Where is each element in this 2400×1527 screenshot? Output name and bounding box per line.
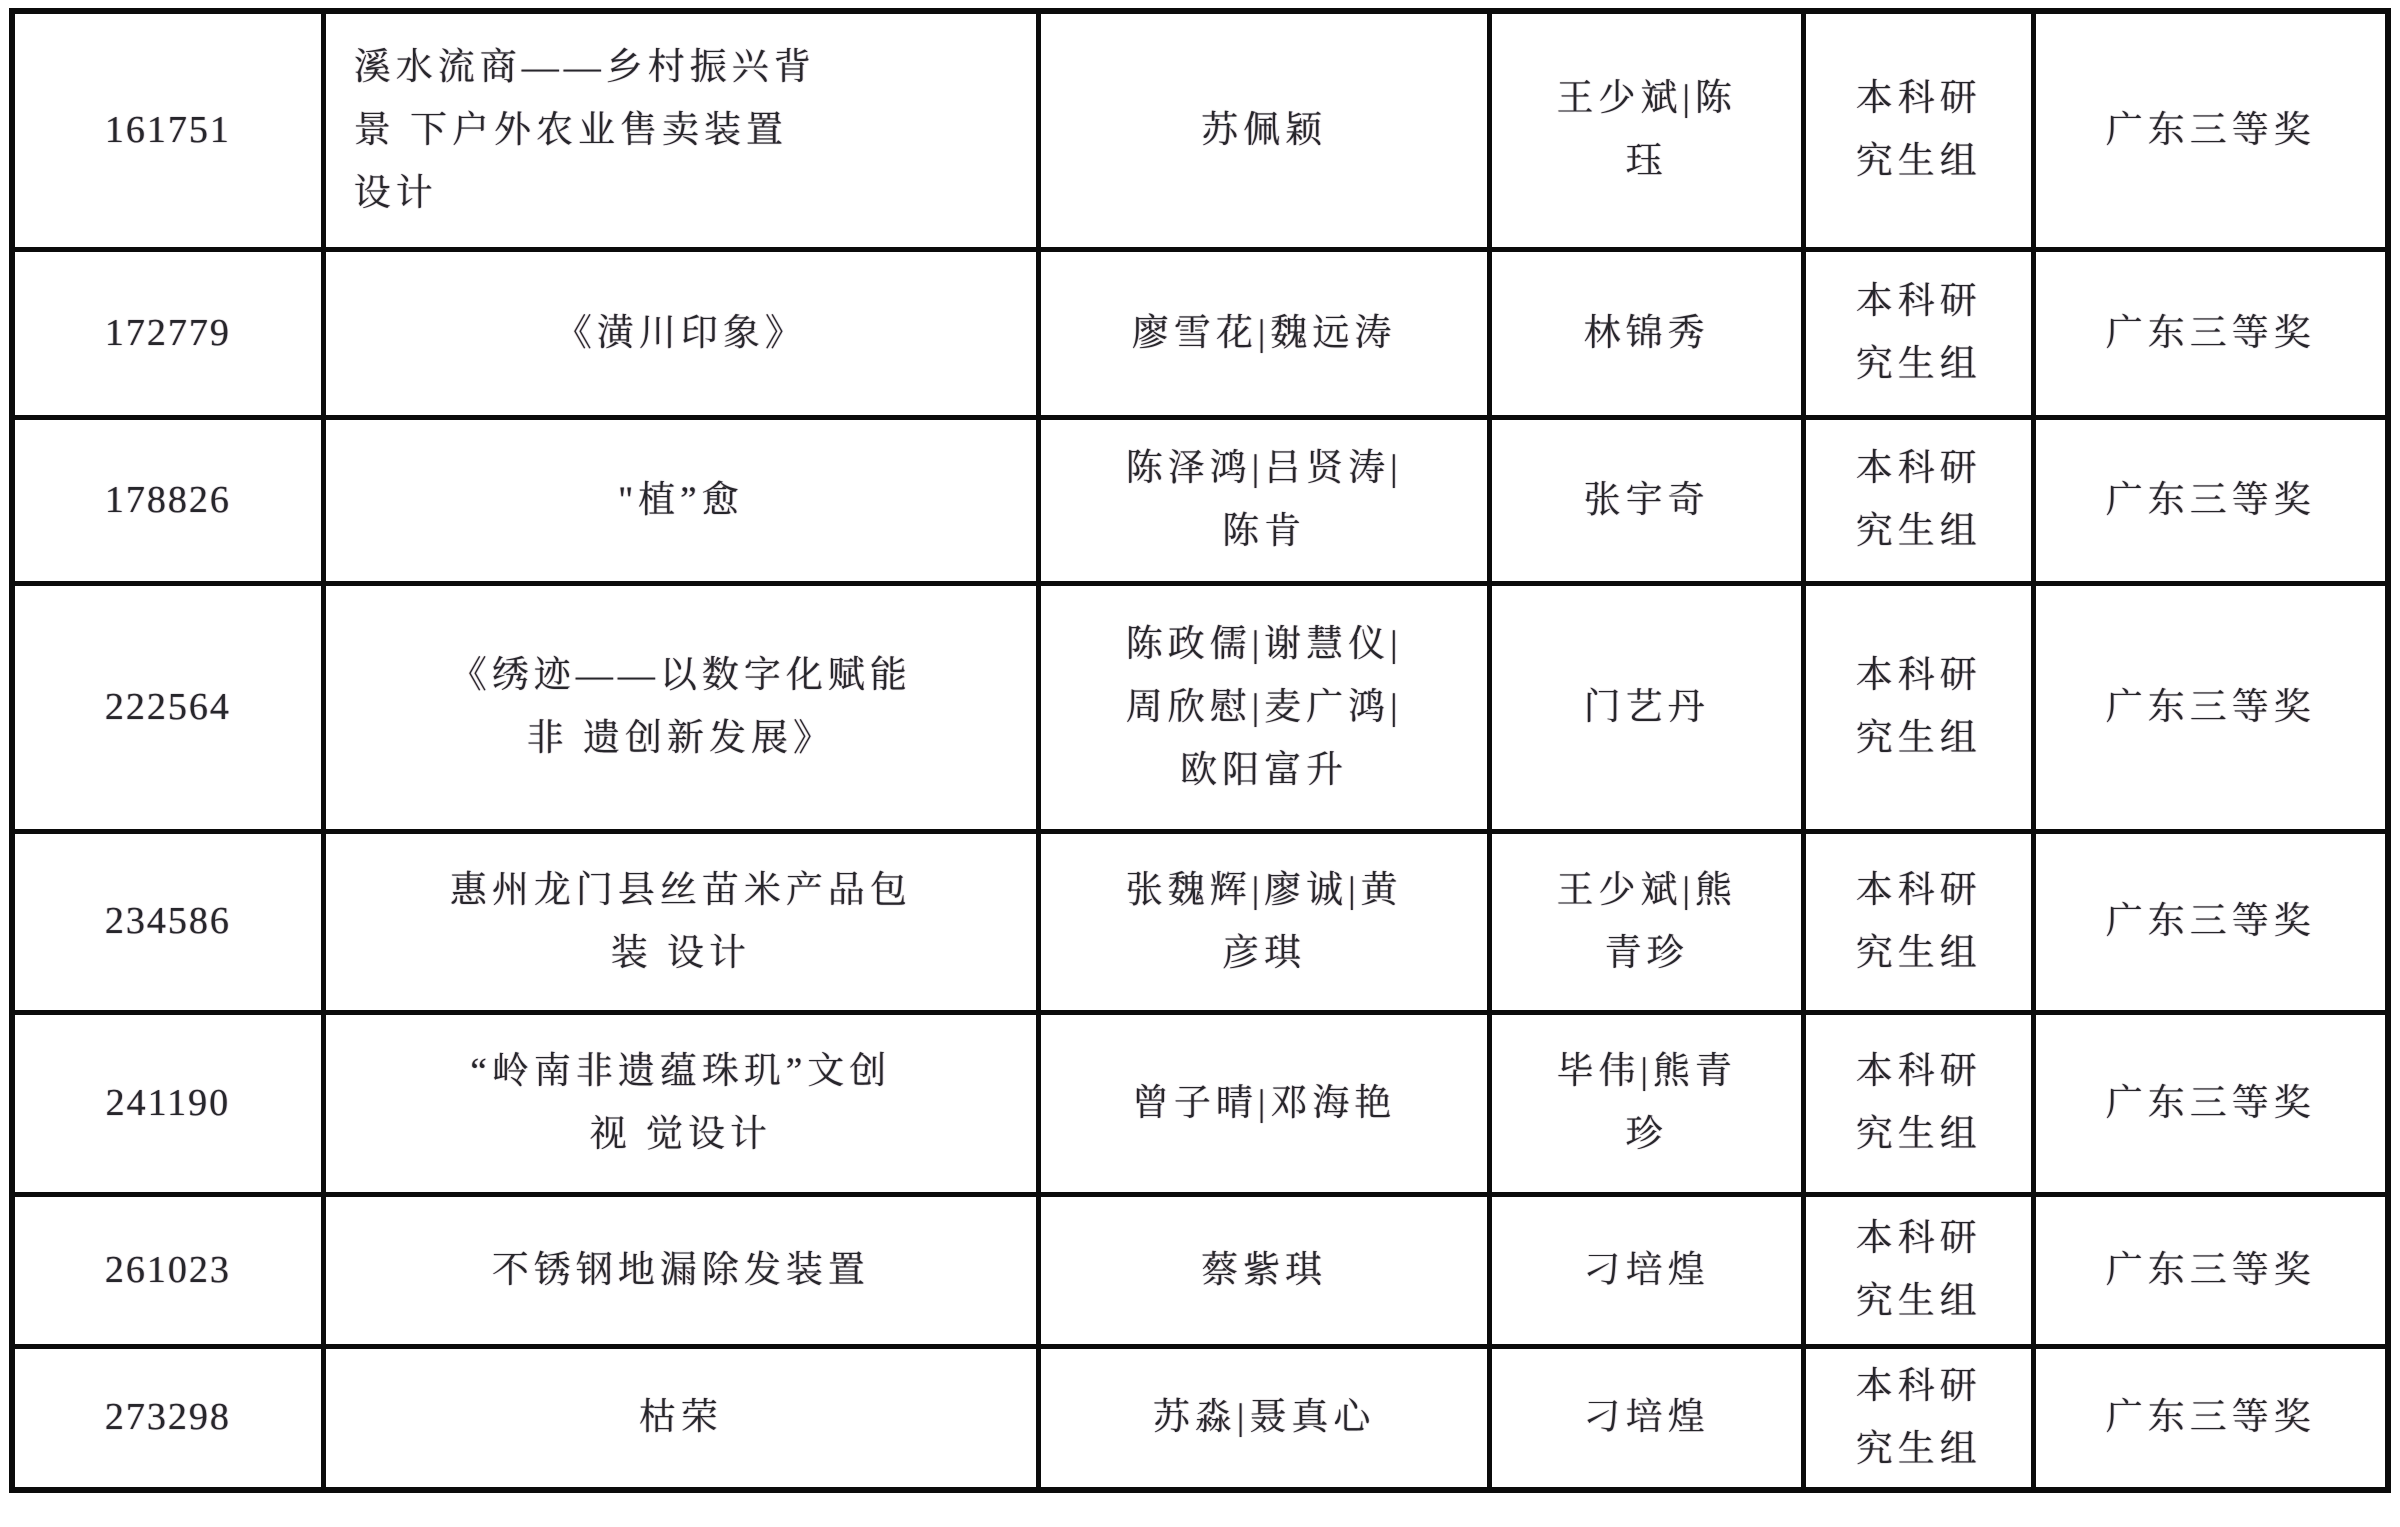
cell-line: 《潢川印象》: [336, 302, 1026, 365]
cell-authors: 张魏辉|廖诚|黄彦琪: [1038, 831, 1489, 1012]
cell-line: 门艺丹: [1502, 676, 1791, 739]
table-row: 234586惠州龙门县丝苗米产品包装 设计张魏辉|廖诚|黄彦琪王少斌|熊青珍本科…: [12, 831, 2388, 1012]
cell-line: 设计: [354, 162, 1026, 225]
cell-title: "植”愈: [323, 417, 1038, 583]
cell-line: 261023: [25, 1239, 311, 1302]
cell-line: 究生组: [1816, 707, 2021, 770]
cell-line: 廖雪花|魏远涛: [1051, 302, 1477, 365]
cell-award: 广东三等奖: [2034, 583, 2388, 831]
cell-id: 261023: [12, 1194, 323, 1346]
cell-line: 蔡紫琪: [1051, 1239, 1477, 1302]
cell-award: 广东三等奖: [2034, 417, 2388, 583]
cell-id: 178826: [12, 417, 323, 583]
cell-award: 广东三等奖: [2034, 831, 2388, 1012]
cell-title: 溪水流商——乡村振兴背景 下户外农业售卖装置设计: [323, 11, 1038, 249]
cell-line: 广东三等奖: [2046, 99, 2375, 162]
cell-line: 惠州龙门县丝苗米产品包: [336, 859, 1026, 922]
cell-advisors: 张宇奇: [1490, 417, 1804, 583]
cell-line: 苏佩颖: [1051, 99, 1477, 162]
cell-line: 广东三等奖: [2046, 676, 2375, 739]
cell-line: 本科研: [1816, 437, 2021, 500]
document-page: 161751溪水流商——乡村振兴背景 下户外农业售卖装置设计苏佩颖王少斌|陈珏本…: [0, 0, 2400, 1527]
cell-line: 珍: [1502, 1103, 1791, 1166]
cell-authors: 陈泽鸿|吕贤涛|陈肯: [1038, 417, 1489, 583]
cell-title: 枯荣: [323, 1346, 1038, 1490]
cell-title: 不锈钢地漏除发装置: [323, 1194, 1038, 1346]
cell-id: 234586: [12, 831, 323, 1012]
cell-line: 刁培煌: [1502, 1239, 1791, 1302]
cell-line: 景 下户外农业售卖装置: [354, 99, 1026, 162]
cell-line: 曾子晴|邓海艳: [1051, 1072, 1477, 1135]
cell-line: 172779: [25, 302, 311, 365]
table-row: 161751溪水流商——乡村振兴背景 下户外农业售卖装置设计苏佩颖王少斌|陈珏本…: [12, 11, 2388, 249]
cell-line: 周欣慰|麦广鸿|: [1051, 676, 1477, 739]
cell-group: 本科研究生组: [1803, 583, 2033, 831]
cell-line: 本科研: [1816, 1355, 2021, 1418]
cell-line: 究生组: [1816, 1270, 2021, 1333]
cell-line: 本科研: [1816, 67, 2021, 130]
cell-line: 枯荣: [336, 1386, 1026, 1449]
cell-group: 本科研究生组: [1803, 831, 2033, 1012]
cell-authors: 陈政儒|谢慧仪|周欣慰|麦广鸿|欧阳富升: [1038, 583, 1489, 831]
cell-line: 本科研: [1816, 859, 2021, 922]
cell-authors: 廖雪花|魏远涛: [1038, 249, 1489, 417]
cell-line: 陈政儒|谢慧仪|: [1051, 613, 1477, 676]
cell-title: 惠州龙门县丝苗米产品包装 设计: [323, 831, 1038, 1012]
cell-group: 本科研究生组: [1803, 1346, 2033, 1490]
cell-group: 本科研究生组: [1803, 1012, 2033, 1194]
cell-line: 陈泽鸿|吕贤涛|: [1051, 437, 1477, 500]
cell-line: 161751: [25, 99, 311, 162]
cell-line: 彦琪: [1051, 922, 1477, 985]
cell-advisors: 王少斌|陈珏: [1490, 11, 1804, 249]
cell-line: 究生组: [1816, 130, 2021, 193]
cell-id: 273298: [12, 1346, 323, 1490]
cell-line: 241190: [25, 1072, 311, 1135]
cell-award: 广东三等奖: [2034, 249, 2388, 417]
cell-advisors: 林锦秀: [1490, 249, 1804, 417]
cell-advisors: 刁培煌: [1490, 1346, 1804, 1490]
cell-line: 广东三等奖: [2046, 1386, 2375, 1449]
cell-line: 欧阳富升: [1051, 739, 1477, 802]
table-row: 172779《潢川印象》廖雪花|魏远涛林锦秀本科研究生组广东三等奖: [12, 249, 2388, 417]
cell-line: 本科研: [1816, 1207, 2021, 1270]
cell-advisors: 王少斌|熊青珍: [1490, 831, 1804, 1012]
cell-line: 广东三等奖: [2046, 469, 2375, 532]
cell-line: 溪水流商——乡村振兴背: [354, 36, 1026, 99]
cell-line: 不锈钢地漏除发装置: [336, 1239, 1026, 1302]
cell-line: 陈肯: [1051, 500, 1477, 563]
cell-award: 广东三等奖: [2034, 11, 2388, 249]
cell-line: 广东三等奖: [2046, 890, 2375, 953]
cell-title: 《绣迹——以数字化赋能非 遗创新发展》: [323, 583, 1038, 831]
table-row: 178826"植”愈陈泽鸿|吕贤涛|陈肯张宇奇本科研究生组广东三等奖: [12, 417, 2388, 583]
cell-award: 广东三等奖: [2034, 1194, 2388, 1346]
cell-line: 究生组: [1816, 1103, 2021, 1166]
cell-line: 非 遗创新发展》: [336, 707, 1026, 770]
cell-id: 172779: [12, 249, 323, 417]
cell-line: 广东三等奖: [2046, 1072, 2375, 1135]
cell-id: 222564: [12, 583, 323, 831]
cell-line: 本科研: [1816, 270, 2021, 333]
cell-authors: 苏淼|聂真心: [1038, 1346, 1489, 1490]
cell-line: 178826: [25, 469, 311, 532]
cell-advisors: 毕伟|熊青珍: [1490, 1012, 1804, 1194]
cell-advisors: 门艺丹: [1490, 583, 1804, 831]
cell-line: 苏淼|聂真心: [1051, 1386, 1477, 1449]
cell-authors: 曾子晴|邓海艳: [1038, 1012, 1489, 1194]
cell-line: 王少斌|熊: [1502, 859, 1791, 922]
cell-line: 234586: [25, 890, 311, 953]
cell-group: 本科研究生组: [1803, 11, 2033, 249]
cell-line: 究生组: [1816, 500, 2021, 563]
cell-award: 广东三等奖: [2034, 1346, 2388, 1490]
cell-line: 本科研: [1816, 1040, 2021, 1103]
cell-id: 161751: [12, 11, 323, 249]
cell-title: “岭南非遗蕴珠玑”文创视 觉设计: [323, 1012, 1038, 1194]
cell-group: 本科研究生组: [1803, 1194, 2033, 1346]
cell-line: 究生组: [1816, 1418, 2021, 1481]
cell-line: 刁培煌: [1502, 1386, 1791, 1449]
cell-award: 广东三等奖: [2034, 1012, 2388, 1194]
cell-line: 林锦秀: [1502, 302, 1791, 365]
cell-line: 究生组: [1816, 333, 2021, 396]
cell-group: 本科研究生组: [1803, 249, 2033, 417]
cell-line: 222564: [25, 676, 311, 739]
cell-line: 《绣迹——以数字化赋能: [336, 644, 1026, 707]
cell-title: 《潢川印象》: [323, 249, 1038, 417]
cell-line: 青珍: [1502, 922, 1791, 985]
cell-line: 究生组: [1816, 922, 2021, 985]
cell-group: 本科研究生组: [1803, 417, 2033, 583]
cell-advisors: 刁培煌: [1490, 1194, 1804, 1346]
cell-line: 广东三等奖: [2046, 302, 2375, 365]
cell-line: 本科研: [1816, 644, 2021, 707]
cell-id: 241190: [12, 1012, 323, 1194]
cell-authors: 苏佩颖: [1038, 11, 1489, 249]
table-row: 222564《绣迹——以数字化赋能非 遗创新发展》陈政儒|谢慧仪|周欣慰|麦广鸿…: [12, 583, 2388, 831]
cell-line: 广东三等奖: [2046, 1239, 2375, 1302]
table-row: 241190“岭南非遗蕴珠玑”文创视 觉设计曾子晴|邓海艳毕伟|熊青珍本科研究生…: [12, 1012, 2388, 1194]
cell-line: 张魏辉|廖诚|黄: [1051, 859, 1477, 922]
cell-line: 珏: [1502, 130, 1791, 193]
cell-line: “岭南非遗蕴珠玑”文创: [336, 1040, 1026, 1103]
cell-line: 王少斌|陈: [1502, 67, 1791, 130]
cell-authors: 蔡紫琪: [1038, 1194, 1489, 1346]
awards-table: 161751溪水流商——乡村振兴背景 下户外农业售卖装置设计苏佩颖王少斌|陈珏本…: [9, 8, 2391, 1493]
cell-line: 毕伟|熊青: [1502, 1040, 1791, 1103]
cell-line: 装 设计: [336, 922, 1026, 985]
cell-line: 视 觉设计: [336, 1103, 1026, 1166]
cell-line: 273298: [25, 1386, 311, 1449]
cell-line: "植”愈: [336, 469, 1026, 532]
results-table-body: 161751溪水流商——乡村振兴背景 下户外农业售卖装置设计苏佩颖王少斌|陈珏本…: [12, 11, 2388, 1490]
table-row: 273298枯荣苏淼|聂真心刁培煌本科研究生组广东三等奖: [12, 1346, 2388, 1490]
cell-line: 张宇奇: [1502, 469, 1791, 532]
table-row: 261023不锈钢地漏除发装置蔡紫琪刁培煌本科研究生组广东三等奖: [12, 1194, 2388, 1346]
